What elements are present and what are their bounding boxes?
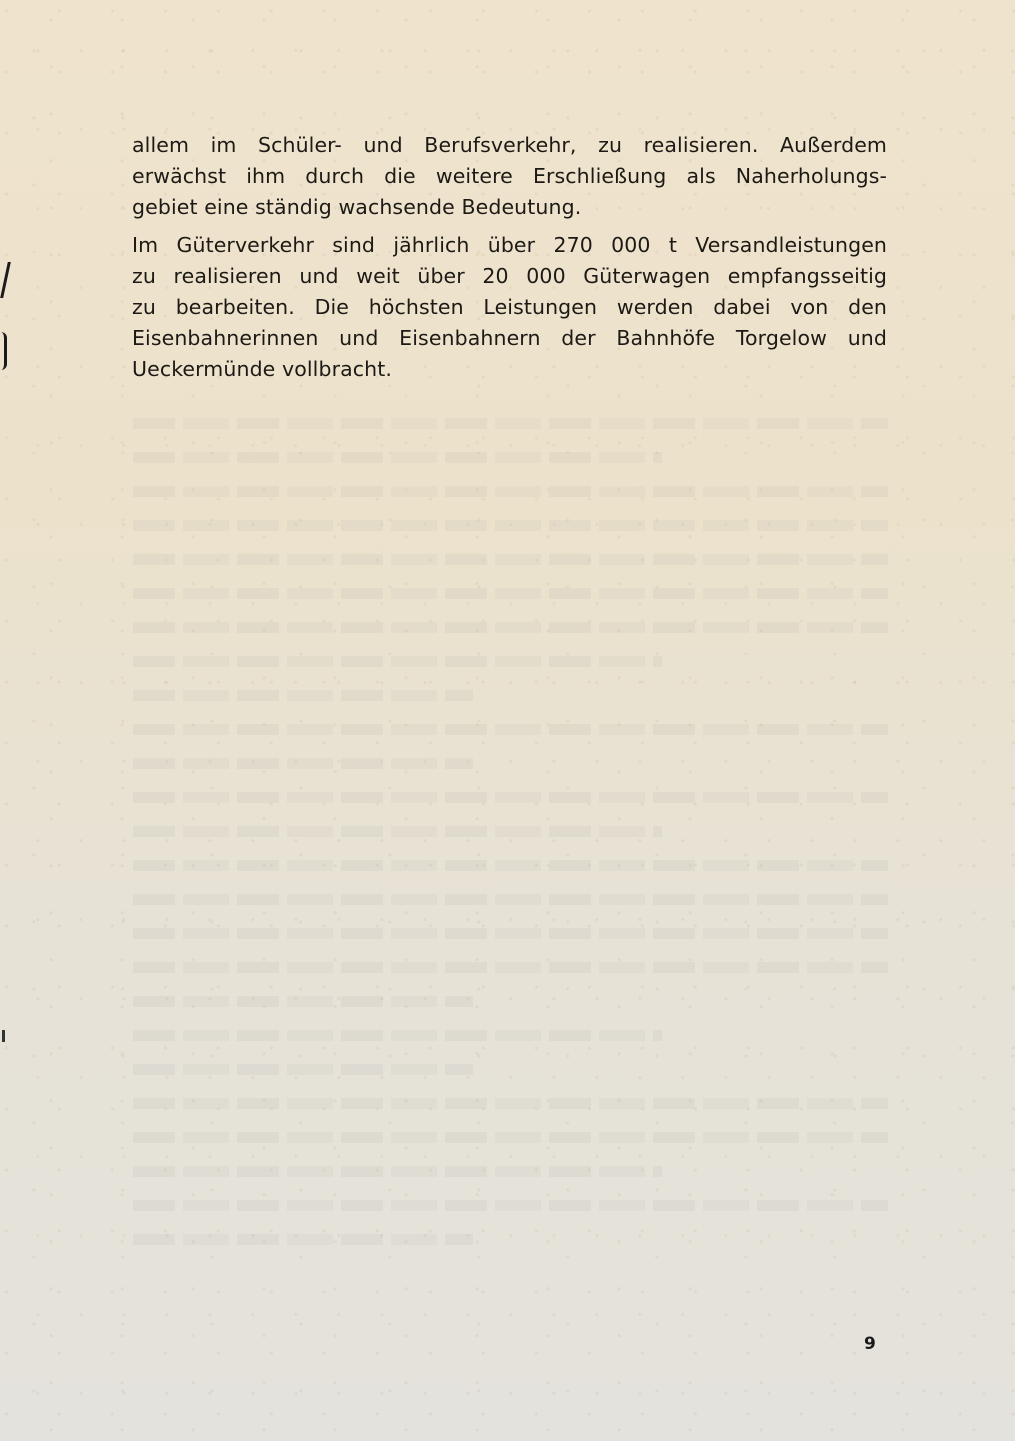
text-line: gebiet eine ständig wachsende Bedeutung. — [132, 192, 887, 223]
reverse-side-bleed-through — [133, 418, 888, 1268]
text-line: erwächst ihm durch die weitere Erschließ… — [132, 161, 887, 192]
text-line: allem im Schüler- und Berufsverkehr, zu … — [132, 130, 887, 161]
page-number: 9 — [864, 1334, 876, 1354]
text-line: zu bearbeiten. Die höchsten Leistungen w… — [132, 292, 887, 323]
text-line: Im Güterverkehr sind jährlich über 270 0… — [132, 230, 887, 261]
text-line: Eisenbahnerinnen und Eisenbahnern der Ba… — [132, 323, 887, 354]
text-line: zu realisieren und weit über 20 000 Güte… — [132, 261, 887, 292]
body-text: allem im Schüler- und Berufsverkehr, zu … — [132, 130, 887, 392]
text-line: Ueckermünde vollbracht. — [132, 354, 887, 385]
binding-staple-mark — [0, 262, 11, 298]
paragraph-freight-traffic: Im Güterverkehr sind jährlich über 270 0… — [132, 230, 887, 386]
binding-staple-mark — [0, 332, 7, 370]
binding-mark — [0, 1030, 5, 1042]
paragraph-passenger-traffic: allem im Schüler- und Berufsverkehr, zu … — [132, 130, 887, 224]
